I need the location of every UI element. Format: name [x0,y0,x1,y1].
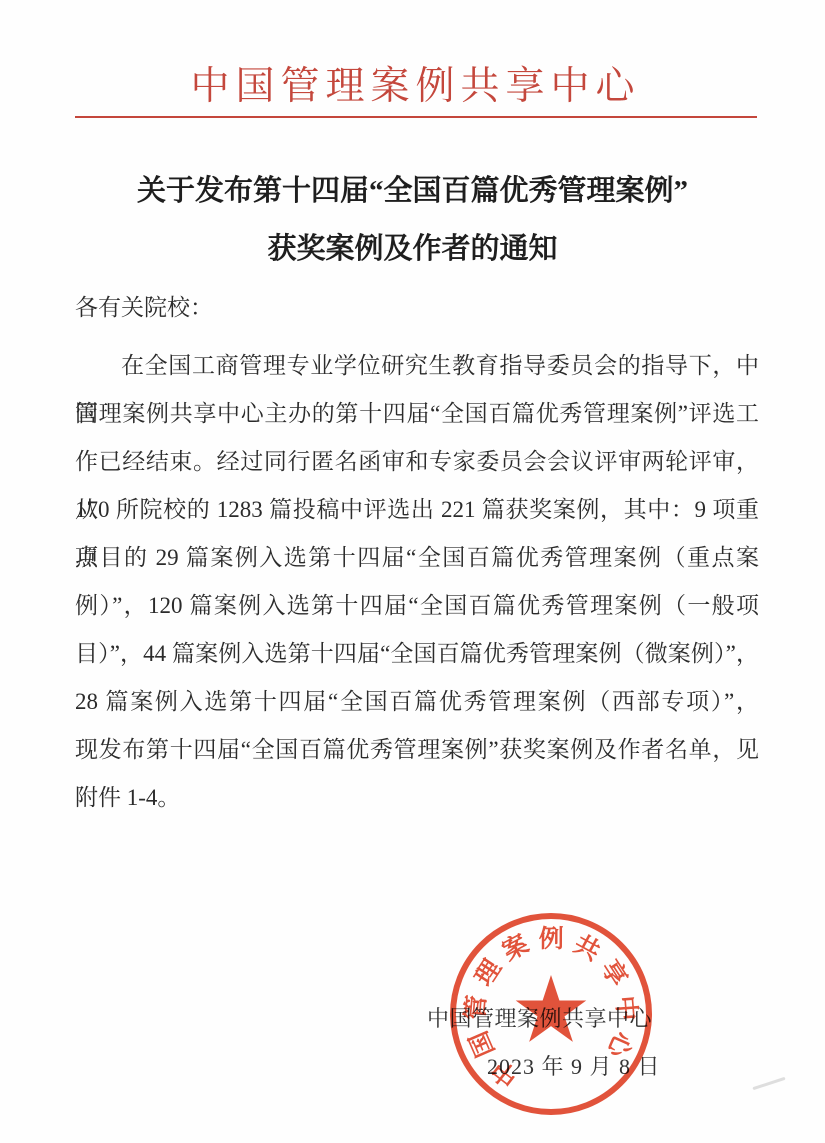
seal-ring-char: 例 [539,919,564,955]
seal-ring-char: 管 [455,993,493,1021]
salutation: 各有关院校： [75,284,759,332]
letterhead-rule [75,116,757,118]
letterhead-org-name: 中国管理案例共享中心 [0,55,825,111]
seal-ring-char: 共 [568,925,607,969]
body-text: 各有关院校： 在全国工商管理专业学位研究生教育指导委员会的指导下，中国管理案例共… [75,284,759,822]
notice-document: 中国管理案例共享中心 关于发布第十四届“全国百篇优秀管理案例” 获奖案例及作者的… [0,0,825,1143]
document-title-line1: 关于发布第十四届“全国百篇优秀管理案例” [0,168,825,209]
scan-artifact [752,1077,785,1090]
body-line: 现发布第十四届“全国百篇优秀管理案例”获奖案例及作者名单，见 [75,726,759,774]
document-title-line2: 获奖案例及作者的通知 [0,226,825,267]
body-line: 附件 1-4。 [75,774,759,822]
body-paragraph: 在全国工商管理专业学位研究生教育指导委员会的指导下，中国管理案例共享中心主办的第… [75,342,759,822]
seal-ring-char: 心 [600,1027,643,1064]
seal-ring-char: 案 [495,924,534,968]
official-seal: ★ 中国管理案例共享中心 [450,913,652,1115]
body-line: 170 所院校的 1283 篇投稿中评选出 221 篇获奖案例，其中：9 项重点 [75,486,759,534]
seal-ring-char: 享 [594,952,638,993]
body-line: 管理案例共享中心主办的第十四届“全国百篇优秀管理案例”评选工 [75,390,759,438]
body-line: 28 篇案例入选第十四届“全国百篇优秀管理案例（西部专项）”， [75,678,759,726]
body-line: 在全国工商管理专业学位研究生教育指导委员会的指导下，中国 [75,342,759,390]
seal-ring-char: 中 [609,994,647,1022]
body-line: 例）”，120 篇案例入选第十四届“全国百篇优秀管理案例（一般项 [75,582,759,630]
body-line: 项目的 29 篇案例入选第十四届“全国百篇优秀管理案例（重点案 [75,534,759,582]
body-line: 作已经结束。经过同行匿名函审和专家委员会会议评审两轮评审，从 [75,438,759,486]
seal-ring-char: 中 [483,1053,525,1097]
seal-ring-char: 理 [465,951,509,992]
seal-ring-text: 中国管理案例共享中心 [429,892,674,1137]
seal-ring-char: 国 [459,1026,502,1063]
body-line: 目）”，44 篇案例入选第十四届“全国百篇优秀管理案例（微案例）”， [75,630,759,678]
